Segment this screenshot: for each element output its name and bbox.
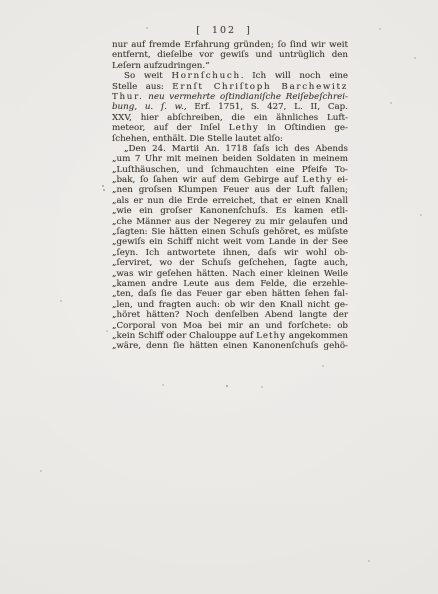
text-segment: „Den 24. Martii An. 1718 ſaſs ich des Ab… <box>124 144 348 154</box>
scan-speck <box>106 330 108 332</box>
text-line: „kein Schiff oder Chalouppe auf Lethy an… <box>112 331 348 341</box>
text-segment: „als er nun die Erde erreichet, that er … <box>112 196 348 206</box>
text-segment: Stelle aus: <box>112 82 172 92</box>
text-segment: „kamen andre Leute aus dem Felde, die er… <box>112 279 348 289</box>
text-segment: in Oſtindien ge- <box>259 123 348 133</box>
text-segment: entfernt, dieſelbe vor gewiſs und untrüg… <box>112 50 348 60</box>
text-segment: neu vermehrte oſtindianiſche Reiſebeſchr… <box>148 92 348 102</box>
scan-speck <box>226 385 228 387</box>
text-segment: meteor, auf der Inſel <box>112 123 229 133</box>
text-line: ſchehen, enthält. Die Stelle lautet alſo… <box>112 134 348 144</box>
text-segment: „ſerviret, wo der Schuſs geſchehen, ſagt… <box>112 258 348 268</box>
text-segment: . Ich will noch eine <box>241 71 348 81</box>
text-segment: Leſern aufzudringen.“ <box>112 61 210 71</box>
scan-speck <box>103 189 105 191</box>
text-segment: Ernſt Chriſtoph Barchewitz <box>172 82 348 92</box>
text-segment: „Corporal von Moa bei mir an und forſche… <box>112 321 348 331</box>
text-segment: Erf. 1751, S. 427, L. II, Cap. <box>187 102 348 112</box>
text-line: „nen groſsen Klumpen Feuer aus der Luft … <box>112 185 348 195</box>
text-line: „ſeyn. Ich antwortete ihnen, daſs wir wo… <box>112 248 348 258</box>
text-segment: „um 7 Uhr mit meinen beiden Soldaten in … <box>112 154 348 164</box>
scan-speck <box>379 28 381 30</box>
scan-speck <box>146 27 148 29</box>
text-segment: „was wir geſehen hätten. Nach einer klei… <box>112 269 348 279</box>
text-line: entfernt, dieſelbe vor gewiſs und untrüg… <box>112 50 348 60</box>
text-segment: „höret hätten? Noch denſelben Abend lang… <box>112 310 348 320</box>
text-segment: „Luſthäuschen, und ſchmauchten eine Pfei… <box>112 165 348 175</box>
text-line: „um 7 Uhr mit meinen beiden Soldaten in … <box>112 154 348 164</box>
text-line: „wie ein groſser Kanonenſchuſs. Es kamen… <box>112 206 348 216</box>
text-segment: „wäre, denn ſie hätten einen Kanonenſchu… <box>112 341 348 351</box>
text-segment: angekommen <box>286 331 348 341</box>
text-segment: „ſeyn. Ich antwortete ihnen, daſs wir wo… <box>112 248 348 258</box>
text-line: Stelle aus: Ernſt Chriſtoph Barchewitz <box>112 82 348 92</box>
text-line: „che Männer aus der Negerey zu mir gelau… <box>112 217 348 227</box>
scan-speck <box>322 365 324 367</box>
text-line: „ſagten: Sie hätten einen Schuſs gehöret… <box>112 227 348 237</box>
text-segment: Hornſchuch <box>171 71 240 81</box>
scan-speck <box>102 185 104 187</box>
text-segment: „len, und fragten auch: ob wir den Knall… <box>112 300 348 310</box>
text-segment: „kein Schiff oder Chalouppe auf <box>112 331 256 341</box>
text-block: nur auf fremde Erfahrung gründen; ſo ſin… <box>112 40 348 352</box>
scan-speck <box>162 384 164 386</box>
text-segment: „ten, daſs ſie das Feuer gar eben hätten… <box>112 289 348 299</box>
text-segment: XXV, hier abſchreiben, die ein ähnliches… <box>112 113 348 123</box>
text-line: Leſern aufzudringen.“ <box>112 61 348 71</box>
text-segment: „ſagten: Sie hätten einen Schuſs gehöret… <box>112 227 348 237</box>
scan-speck <box>261 386 263 388</box>
text-segment: ei- <box>332 175 348 185</box>
text-line: „als er nun die Erde erreichet, that er … <box>112 196 348 206</box>
text-line: „was wir geſehen hätten. Nach einer klei… <box>112 269 348 279</box>
text-line: „gewiſs ein Schiff nicht weit vom Lande … <box>112 237 348 247</box>
text-line: „ten, daſs ſie das Feuer gar eben hätten… <box>112 289 348 299</box>
scan-speck <box>390 102 392 104</box>
text-segment: Lethy <box>303 175 333 185</box>
text-line: XXV, hier abſchreiben, die ein ähnliches… <box>112 113 348 123</box>
scan-speck <box>40 470 42 472</box>
scan-speck <box>420 214 422 216</box>
text-line: Thur. neu vermehrte oſtindianiſche Reiſe… <box>112 92 348 102</box>
text-segment: Lethy <box>229 123 259 133</box>
scan-speck <box>60 300 62 302</box>
text-segment: ſchehen, enthält. Die Stelle lautet alſo… <box>112 134 283 144</box>
book-page: [ 102 ] nur auf fremde Erfahrung gründen… <box>0 0 438 594</box>
text-segment: „bak, ſo ſahen wir auf dem Gebirge auf <box>112 175 303 185</box>
text-line: „Den 24. Martii An. 1718 ſaſs ich des Ab… <box>112 144 348 154</box>
scan-speck <box>414 57 416 59</box>
text-segment: „wie ein groſser Kanonenſchuſs. Es kamen… <box>112 206 348 216</box>
text-line: So weit Hornſchuch. Ich will noch eine <box>112 71 348 81</box>
text-line: meteor, auf der Inſel Lethy in Oſtindien… <box>112 123 348 133</box>
text-segment: So weit <box>124 71 171 81</box>
text-segment: Thur. <box>112 92 143 102</box>
text-segment: Lethy <box>256 331 286 341</box>
text-segment: nur auf fremde Erfahrung gründen; ſo ſin… <box>112 40 348 50</box>
text-line: „ſerviret, wo der Schuſs geſchehen, ſagt… <box>112 258 348 268</box>
text-line: „kamen andre Leute aus dem Felde, die er… <box>112 279 348 289</box>
text-line: bung, u. ſ. w., Erf. 1751, S. 427, L. II… <box>112 102 348 112</box>
text-line: nur auf fremde Erfahrung gründen; ſo ſin… <box>112 40 348 50</box>
text-line: „Luſthäuschen, und ſchmauchten eine Pfei… <box>112 165 348 175</box>
scan-speck <box>368 560 370 562</box>
text-line: „len, und fragten auch: ob wir den Knall… <box>112 300 348 310</box>
text-segment: „nen groſsen Klumpen Feuer aus der Luft … <box>112 185 348 195</box>
text-line: „wäre, denn ſie hätten einen Kanonenſchu… <box>112 341 348 351</box>
text-segment: „gewiſs ein Schiff nicht weit vom Lande … <box>112 237 348 247</box>
text-line: „Corporal von Moa bei mir an und forſche… <box>112 321 348 331</box>
text-segment: bung, u. ſ. w., <box>112 102 187 112</box>
text-segment: „che Männer aus der Negerey zu mir gelau… <box>112 217 348 227</box>
text-line: „bak, ſo ſahen wir auf dem Gebirge auf L… <box>112 175 348 185</box>
text-line: „höret hätten? Noch denſelben Abend lang… <box>112 310 348 320</box>
